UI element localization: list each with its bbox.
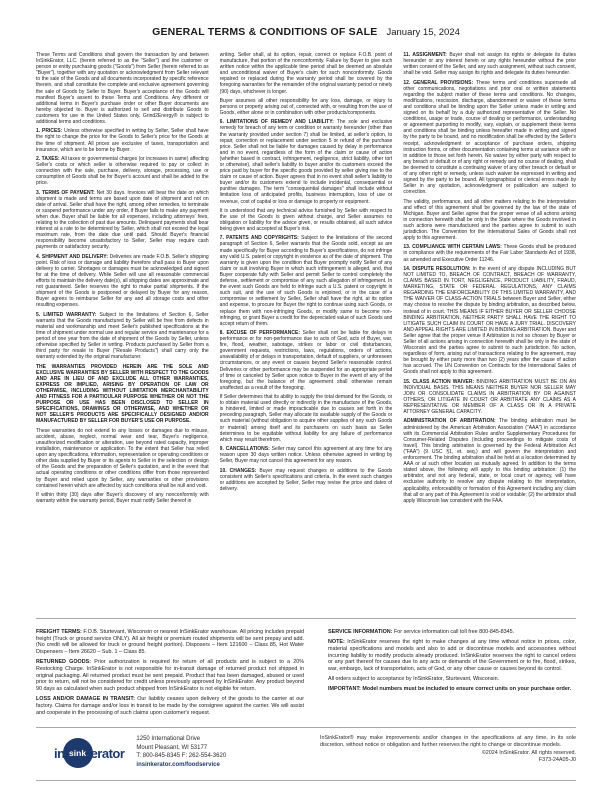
section-heading: 4. SHIPMENT AND DELIVERY: (36, 254, 110, 260)
copyright-line: ©2024 InSinkErator. All rights reserved. (320, 750, 576, 757)
logo-text-sink: sink (69, 748, 86, 758)
section-terms-of-payment: 3. TERMS OF PAYMENT: Net 30 days. Invoic… (36, 190, 209, 251)
section-cancellations: 9. CANCELLATIONS: Seller may cancel this… (220, 446, 393, 464)
phone-fax-line: T: 800-845-8345 F: 262-554-3620 (136, 752, 226, 761)
terms-body: These Terms and Conditions shall govern … (36, 52, 576, 590)
section-heading: 13. COMPLIANCE WITH CERTAIN LAWS: (403, 244, 503, 250)
section-heading: NOTE: (328, 639, 347, 645)
returned-goods-note: RETURNED GOODS: Prior authorization is r… (36, 659, 304, 693)
bottom-border-line (36, 780, 576, 781)
buyer-responsibility-paragraph: Buyer assumes all other responsibility f… (220, 98, 393, 116)
divider-above-brand-bar (36, 727, 576, 728)
section-heading: 3. TERMS OF PAYMENT: (36, 190, 97, 196)
section-patents-and-copyrights: 7. PATENTS AND COPYRIGHTS: Subject to th… (220, 235, 393, 326)
section-assignment: 11. ASSIGNMENT: Buyer shall not assign i… (403, 52, 576, 76)
section-heading: 9. CANCELLATIONS: (220, 446, 272, 452)
section-heading: 5. LIMITED WARRANTY: (36, 312, 100, 318)
section-heading: 14. DISPUTE RESOLUTION: (403, 266, 472, 272)
section-heading: 1. PRICES: (36, 128, 64, 134)
document-page: GENERAL TERMS & CONDITIONS OF SALEJanuar… (0, 0, 612, 792)
section-heading: 2. TAXES: (36, 156, 61, 162)
loss-damage-transit-note: LOSS AND/OR DAMAGE IN TRANSIT: Our liabi… (36, 696, 304, 716)
section-heading: 12. GENERAL PROVISIONS: (403, 80, 476, 86)
important-line: IMPORTANT: Model numbers must be include… (328, 686, 576, 693)
spec-disclaimer: InSinkErator® may make improvements and/… (320, 735, 576, 749)
freight-terms-note: FREIGHT TERMS: F.O.B. Sturtevant, Wiscon… (36, 629, 304, 656)
intro-paragraph: These Terms and Conditions shall govern … (36, 52, 209, 125)
section-heading: 11. ASSIGNMENT: (403, 52, 449, 58)
section-taxes: 2. TAXES: All taxes or governmental char… (36, 156, 209, 186)
allocation-paragraph: If Seller determines that its ability to… (220, 394, 393, 443)
section-changes: 10. CHANGES: Buyer may request changes o… (220, 468, 393, 492)
warranty-notice-continued: writing. Seller shall, at its option, re… (220, 52, 393, 95)
section-general-provisions: 12. GENERAL PROVISIONS: These terms and … (403, 80, 576, 196)
terms-column-3: 11. ASSIGNMENT: Buyer shall not assign i… (403, 52, 576, 590)
section-class-action-waiver: 15. CLASS ACTION WAIVER: BINDING ARBITRA… (403, 379, 576, 416)
section-limited-warranty: 5. LIMITED WARRANTY: Subject to the limi… (36, 312, 209, 361)
warranty-notice-paragraph: If within thirty (30) days after Buyer's… (36, 492, 209, 504)
divider-above-footer-notes (36, 618, 576, 619)
footer-notes: FREIGHT TERMS: F.O.B. Sturtevant, Wiscon… (36, 629, 576, 721)
warranty-disclaimer-caps: THE WARRANTIES PROVIDED HEREIN ARE THE S… (36, 364, 209, 425)
section-excuse-of-performance: 8. EXCUSE OF PERFORMANCE: Seller shall n… (220, 330, 393, 391)
footer-legal-block: InSinkErator® may make improvements and/… (320, 735, 576, 764)
section-heading: SERVICE INFORMATION: (328, 629, 394, 635)
note-paragraph: NOTE: InSinkErator reserves the right to… (328, 639, 576, 673)
section-shipment-and-delivery: 4. SHIPMENT AND DELIVERY: Deliveries are… (36, 254, 209, 309)
section-prices: 1. PRICES: Unless otherwise specified in… (36, 128, 209, 152)
company-address-block: 1250 International Drive Mount Pleasant,… (136, 735, 226, 769)
footer-notes-left: FREIGHT TERMS: F.O.B. Sturtevant, Wiscon… (36, 629, 304, 721)
address-line-1: 1250 International Drive (136, 735, 226, 744)
insinkerator-logo: in sink erator (54, 738, 124, 768)
service-information-note: SERVICE INFORMATION: For service informa… (328, 629, 576, 636)
website-link[interactable]: insinkerator.com/foodservice (136, 761, 219, 770)
form-number: F373-24A05-J0 (320, 757, 576, 764)
footer-notes-right: SERVICE INFORMATION: For service informa… (328, 629, 576, 721)
section-heading: LOSS AND/OR DAMAGE IN TRANSIT: (36, 696, 137, 702)
section-heading: 15. CLASS ACTION WAIVER: (403, 379, 476, 385)
warranty-exclusions-paragraph: These warranties do not extend to any lo… (36, 428, 209, 489)
footer-brand-bar: in sink erator 1250 International Drive … (36, 735, 576, 777)
section-compliance-with-laws: 13. COMPLIANCE WITH CERTAIN LAWS: These … (403, 244, 576, 262)
section-heading: 8. EXCUSE OF PERFORMANCE: (220, 330, 303, 336)
section-limitations-of-remedy: 6. LIMITATIONS OF REMEDY AND LIABILITY: … (220, 119, 393, 204)
terms-column-1: These Terms and Conditions shall govern … (36, 52, 209, 590)
section-heading: FREIGHT TERMS: (36, 629, 83, 635)
section-heading: ADMINISTRATION OF ARBITRATION: (403, 418, 499, 424)
document-date: January 15, 2024 (386, 27, 459, 38)
governing-law-paragraph: The validity, performance, and all other… (403, 199, 576, 242)
page-title: GENERAL TERMS & CONDITIONS OF SALE (152, 26, 377, 38)
section-heading: RETURNED GOODS: (36, 659, 94, 665)
orders-acceptance-line: All orders subject to acceptance by InSi… (328, 676, 576, 683)
section-heading: 7. PATENTS AND COPYRIGHTS: (220, 235, 301, 241)
section-dispute-resolution: 14. DISPUTE RESOLUTION: In the event of … (403, 266, 576, 376)
section-administration-of-arbitration: ADMINISTRATION OF ARBITRATION: The bindi… (403, 418, 576, 503)
logo-sink-circle-icon: sink (63, 738, 93, 768)
section-heading: 10. CHANGES: (220, 468, 260, 474)
section-heading: IMPORTANT: (328, 686, 362, 692)
document-header: GENERAL TERMS & CONDITIONS OF SALEJanuar… (0, 22, 612, 40)
logo-text-erator: erator (91, 746, 125, 761)
section-heading: 6. LIMITATIONS OF REMEDY AND LIABILITY: (220, 119, 337, 125)
terms-column-2: writing. Seller shall, at its option, re… (220, 52, 393, 590)
address-line-2: Mount Pleasant, WI 53177 (136, 744, 226, 753)
technical-advice-paragraph: It is understood that any technical advi… (220, 208, 393, 232)
